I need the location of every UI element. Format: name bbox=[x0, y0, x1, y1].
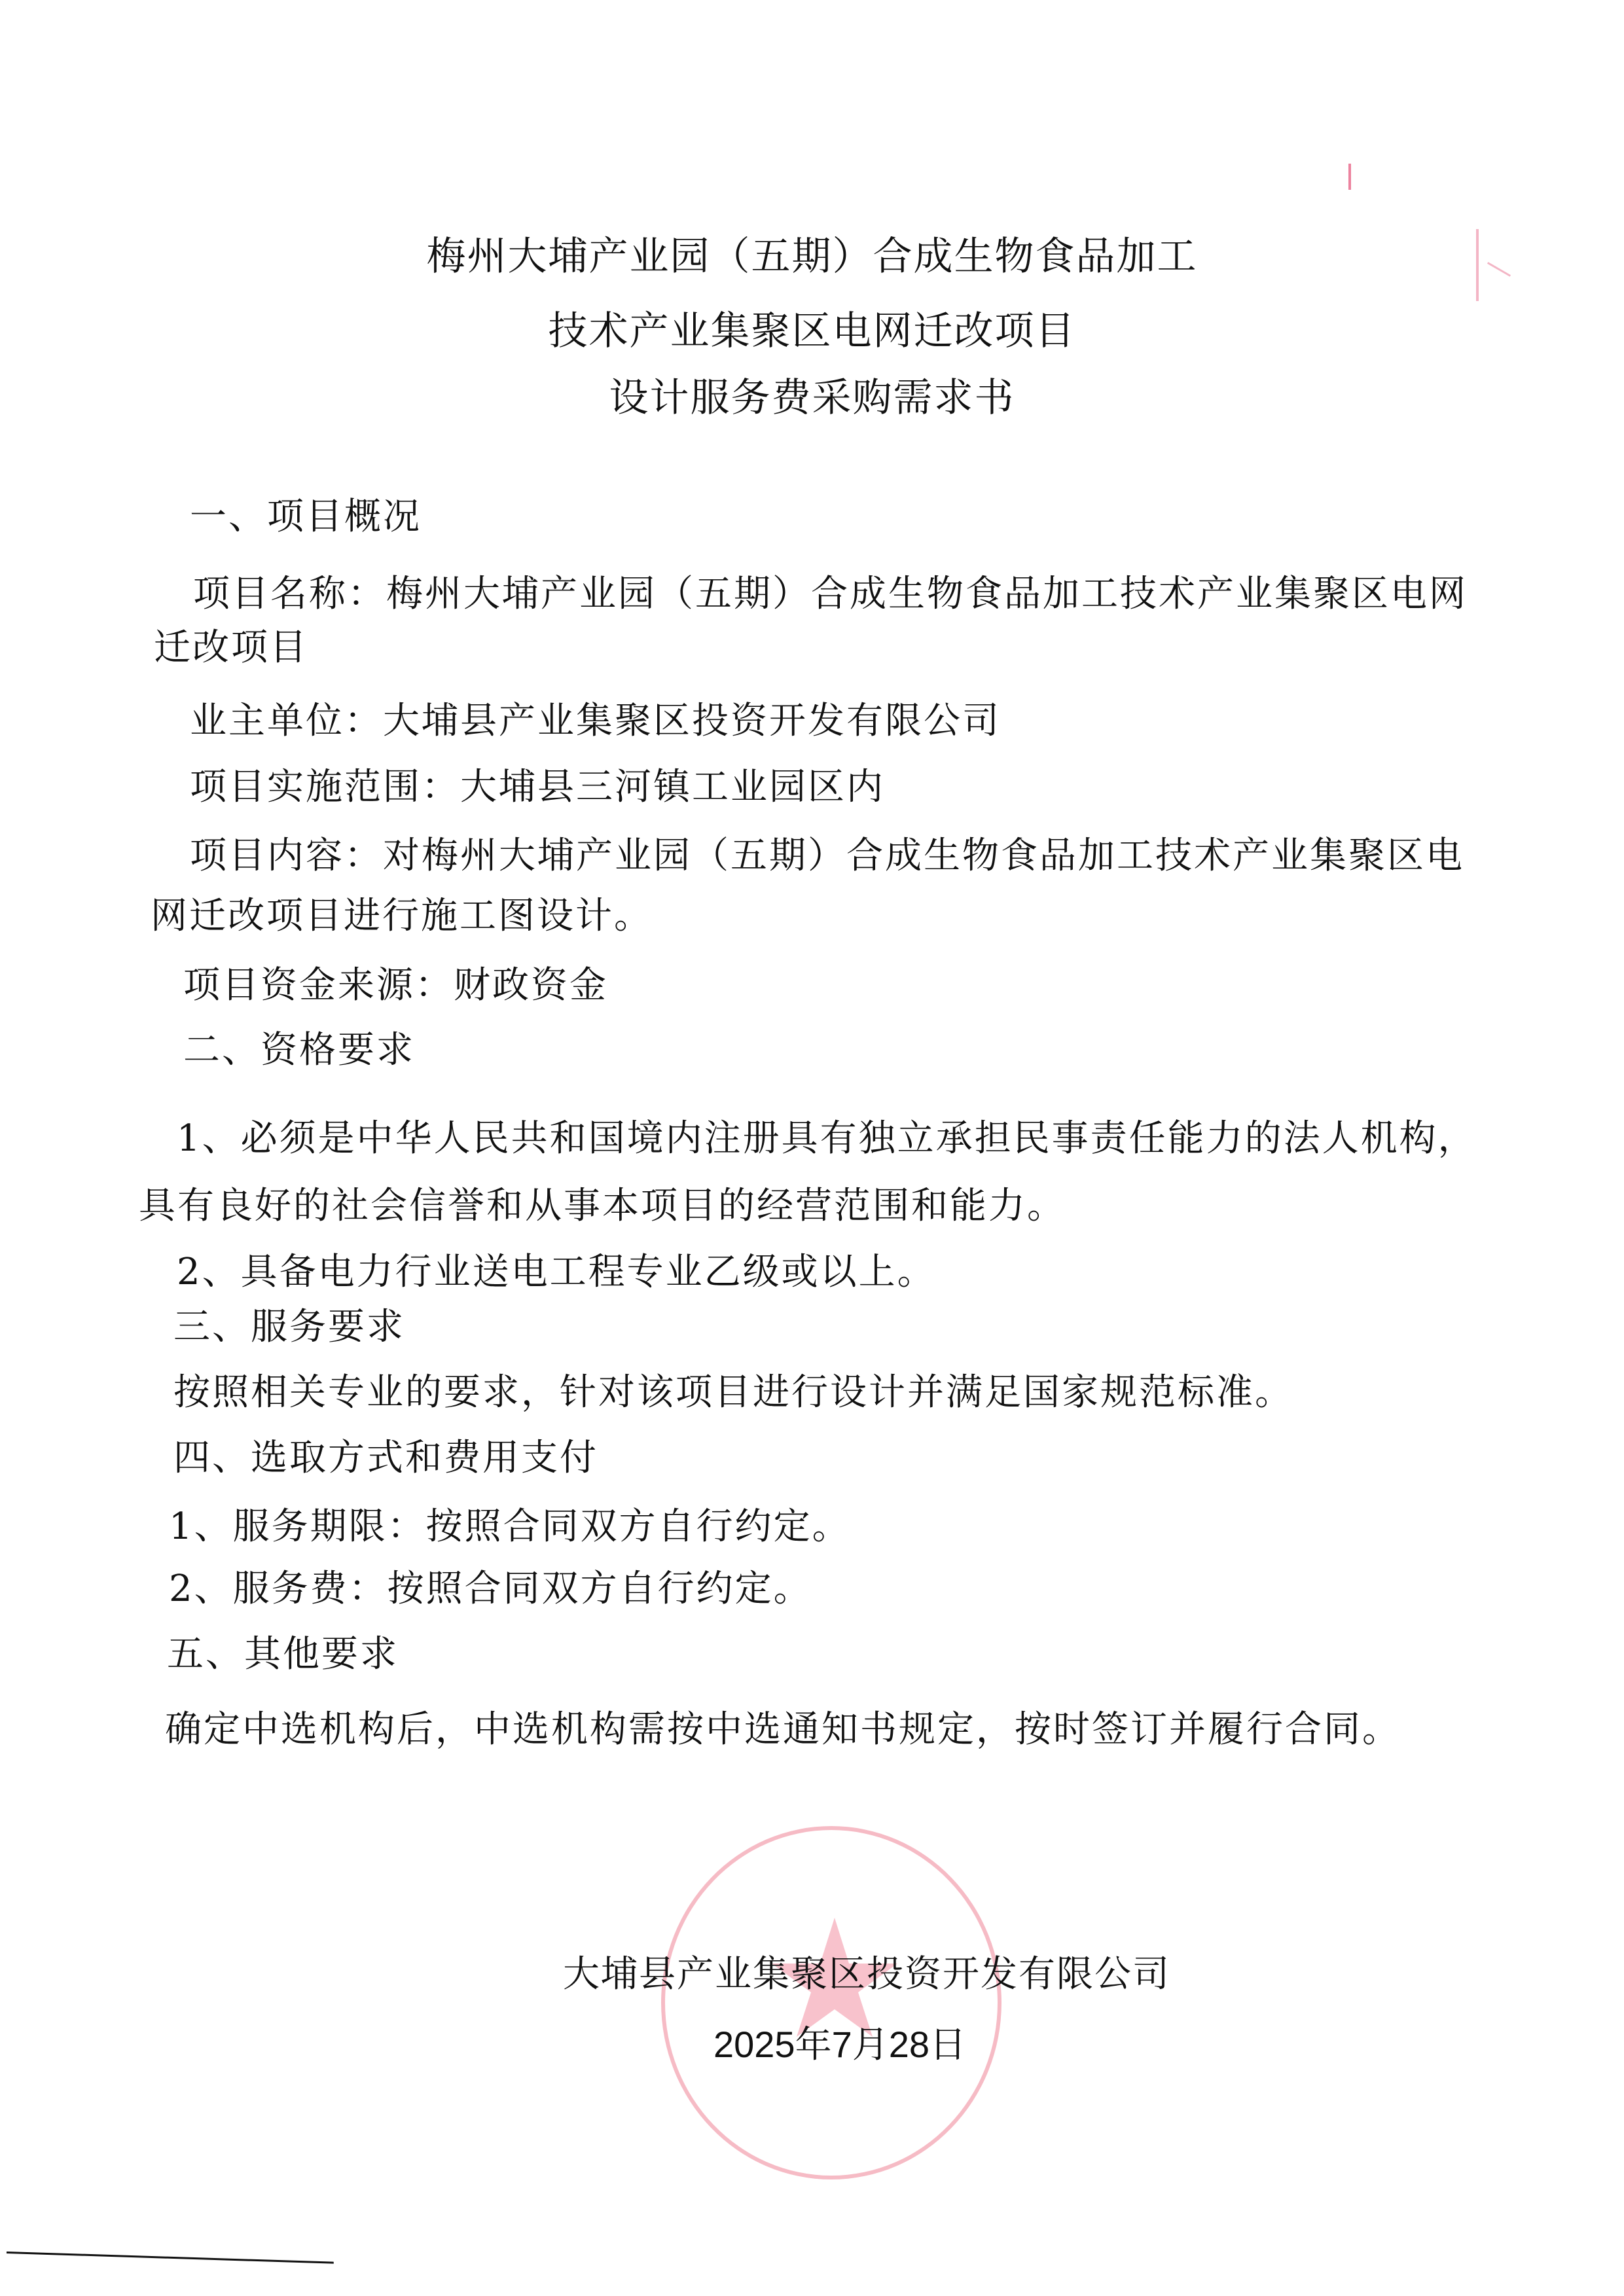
project-content-field: 项目内容：对梅州大埔产业园（五期）合成生物食品加工技术产业集聚区电 bbox=[190, 838, 1464, 874]
funding-source-value: 财政资金 bbox=[454, 964, 608, 1007]
edge-seal-fragment bbox=[1476, 229, 1479, 301]
signing-date: 2025年7月28日 bbox=[713, 2016, 966, 2068]
project-content-value-wrap: 网迁改项目进行施工图设计。 bbox=[151, 898, 653, 935]
owner-unit-label: 业主单位： bbox=[190, 700, 383, 742]
project-name-field: 项目名称：梅州大埔产业园（五期）合成生物食品加工技术产业集聚区电网 bbox=[193, 576, 1468, 613]
owner-unit-value: 大埔县产业集聚区投资开发有限公司 bbox=[383, 700, 1001, 742]
funding-source-label: 项目资金来源： bbox=[183, 964, 454, 1007]
other-requirement-text: 确定中选机构后，中选机构需按中选通知书规定，按时签订并履行合同。 bbox=[165, 1712, 1401, 1748]
section-heading-selection-payment: 四、选取方式和费用支付 bbox=[173, 1440, 598, 1477]
service-fee-item: 2、服务费：按照合同双方自行约定。 bbox=[169, 1571, 812, 1607]
edge-seal-fragment bbox=[1348, 164, 1351, 190]
project-content-value: 对梅州大埔产业园（五期）合成生物食品加工技术产业集聚区电 bbox=[383, 834, 1464, 877]
document-title-line-1: 梅州大埔产业园（五期）合成生物食品加工 bbox=[0, 237, 1624, 276]
service-period-item: 1、服务期限：按照合同双方自行约定。 bbox=[169, 1509, 851, 1545]
qualification-item-1: 1、必须是中华人民共和国境内注册具有独立承担民事责任能力的法人机构， bbox=[177, 1121, 1477, 1157]
implementation-scope-value: 大埔县三河镇工业园区内 bbox=[460, 766, 885, 808]
project-name-value: 梅州大埔产业园（五期）合成生物食品加工技术产业集聚区电网 bbox=[386, 573, 1468, 615]
section-heading-service-requirements: 三、服务要求 bbox=[173, 1309, 405, 1346]
implementation-scope-field: 项目实施范围：大埔县三河镇工业园区内 bbox=[190, 769, 885, 806]
document-title-line-3: 设计服务费采购需求书 bbox=[0, 378, 1624, 418]
funding-source-field: 项目资金来源：财政资金 bbox=[183, 967, 608, 1004]
section-heading-other-requirements: 五、其他要求 bbox=[167, 1636, 399, 1673]
qualification-item-1-wrap: 具有良好的社会信誉和从事本项目的经营范围和能力。 bbox=[139, 1188, 1066, 1225]
project-content-label: 项目内容： bbox=[190, 834, 383, 877]
document-page: 梅州大埔产业园（五期）合成生物食品加工 技术产业集聚区电网迁改项目 设计服务费采… bbox=[0, 0, 1624, 2296]
section-heading-overview: 一、项目概况 bbox=[190, 499, 422, 535]
owner-unit-field: 业主单位：大埔县产业集聚区投资开发有限公司 bbox=[190, 703, 1001, 740]
document-title-line-2: 技术产业集聚区电网迁改项目 bbox=[0, 312, 1624, 351]
footer-rule bbox=[7, 2251, 334, 2264]
service-requirement-text: 按照相关专业的要求，针对该项目进行设计并满足国家规范标准。 bbox=[173, 1374, 1293, 1411]
project-name-value-wrap: 迁改项目 bbox=[154, 630, 308, 666]
section-heading-qualifications: 二、资格要求 bbox=[183, 1032, 415, 1069]
project-name-label: 项目名称： bbox=[193, 573, 386, 615]
implementation-scope-label: 项目实施范围： bbox=[190, 766, 460, 808]
qualification-item-2: 2、具备电力行业送电工程专业乙级或以上。 bbox=[177, 1254, 936, 1291]
signing-organization: 大埔县产业集聚区投资开发有限公司 bbox=[563, 1945, 1170, 1998]
